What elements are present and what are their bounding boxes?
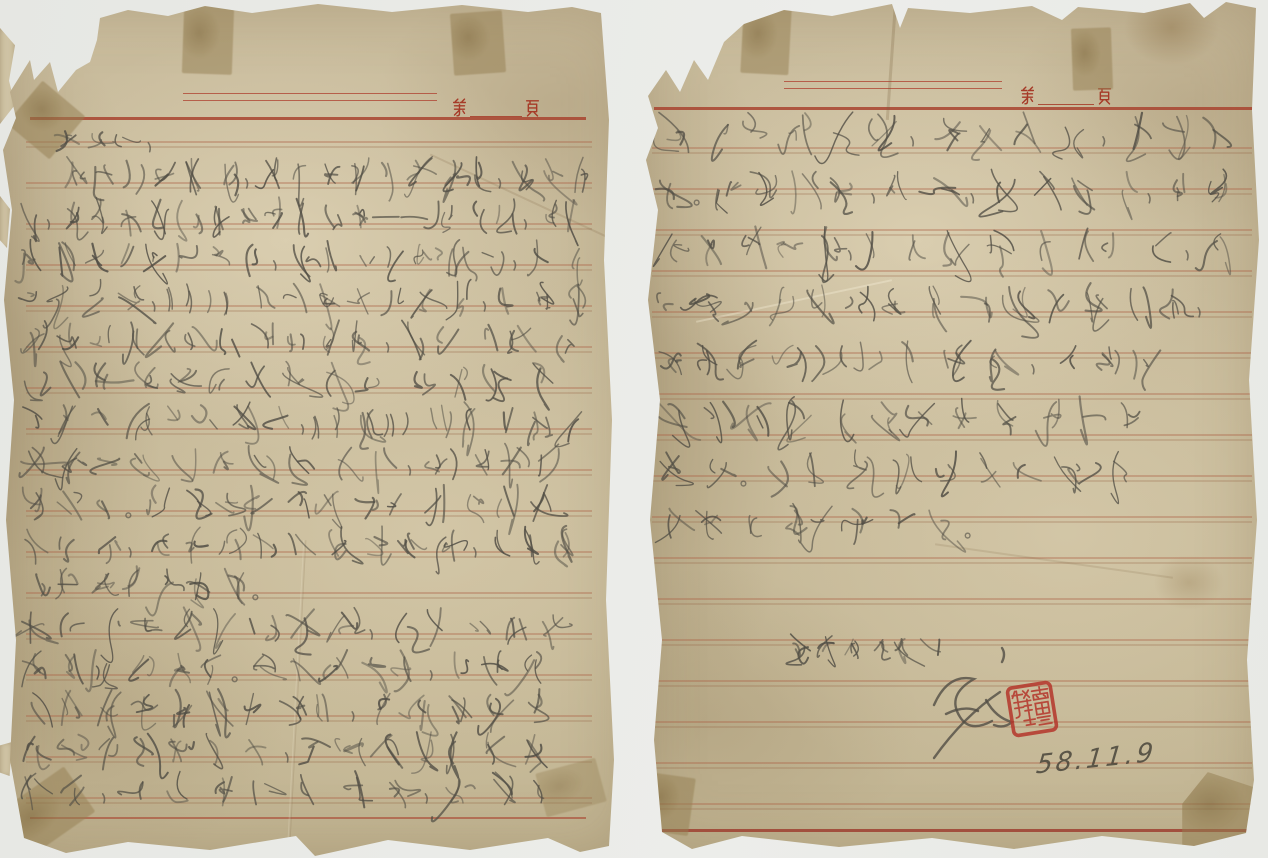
date: 58.11.9 <box>1035 737 1158 780</box>
tape-patch <box>1182 772 1268 852</box>
paper-crease <box>287 540 307 858</box>
header-char-di <box>452 98 467 117</box>
page-number-blank <box>470 100 522 117</box>
ruled-lines <box>26 108 592 815</box>
handwriting-right-page <box>634 0 1268 858</box>
handwritten-line <box>656 396 1140 449</box>
tape-patch <box>640 772 696 836</box>
handwritten-line <box>31 689 548 738</box>
handwritten-line <box>653 227 1230 283</box>
page-number-blank <box>1038 88 1094 105</box>
paper-crease <box>696 279 892 323</box>
page-number-header <box>452 98 540 117</box>
handwritten-line <box>655 504 970 552</box>
handwritten-line <box>660 450 1126 504</box>
handwritten-line <box>23 485 568 535</box>
tape-patch <box>535 758 607 818</box>
handwritten-line <box>21 320 574 366</box>
tape-patch <box>0 766 95 858</box>
paper-shard <box>0 196 10 248</box>
name-seal <box>1004 679 1060 740</box>
tape-patch <box>182 5 234 75</box>
tape-patch <box>740 7 791 75</box>
handwritten-line <box>657 283 1200 338</box>
handwritten-line <box>25 526 573 574</box>
handwritten-line <box>14 607 572 662</box>
handwritten-line <box>786 634 940 667</box>
handwritten-line <box>21 771 543 821</box>
heavy-bottom-rule <box>30 817 586 819</box>
tape-patch <box>7 81 86 160</box>
heavy-bottom-rule <box>662 829 1248 832</box>
tape-patch <box>450 10 506 75</box>
paper-crease <box>886 0 897 120</box>
handwritten-line <box>22 650 541 695</box>
handwritten-line <box>19 444 558 494</box>
scan-background: 58.11.9 <box>0 0 1268 858</box>
paper-crease <box>430 154 630 249</box>
handwritten-line <box>19 280 586 330</box>
tape-patch <box>1071 27 1113 90</box>
handwritten-line <box>25 362 553 411</box>
header-char-ye <box>525 98 540 117</box>
header-double-rule <box>784 81 1002 89</box>
header-char-di <box>1020 86 1035 105</box>
handwritten-line <box>66 157 588 206</box>
ruled-lines <box>652 114 1252 814</box>
heavy-top-rule <box>30 117 586 120</box>
signature-scribble <box>634 0 1268 858</box>
stain <box>1124 0 1219 65</box>
handwritten-line <box>21 197 578 245</box>
handwriting-left-page <box>0 0 634 858</box>
stain <box>1154 555 1224 610</box>
handwritten-line <box>23 402 582 455</box>
paper-crease <box>935 543 1173 578</box>
header-double-rule <box>183 93 437 101</box>
paper-shard <box>0 28 15 124</box>
letter-page-2: 58.11.9 <box>634 0 1268 858</box>
handwritten-line <box>659 341 1160 390</box>
handwritten-line <box>15 240 582 286</box>
handwritten-line <box>36 566 258 615</box>
heavy-top-rule <box>654 107 1252 110</box>
handwritten-line <box>656 169 1227 219</box>
handwritten-line <box>654 112 1232 163</box>
letter-page-1 <box>0 0 634 858</box>
handwritten-line <box>23 732 547 778</box>
